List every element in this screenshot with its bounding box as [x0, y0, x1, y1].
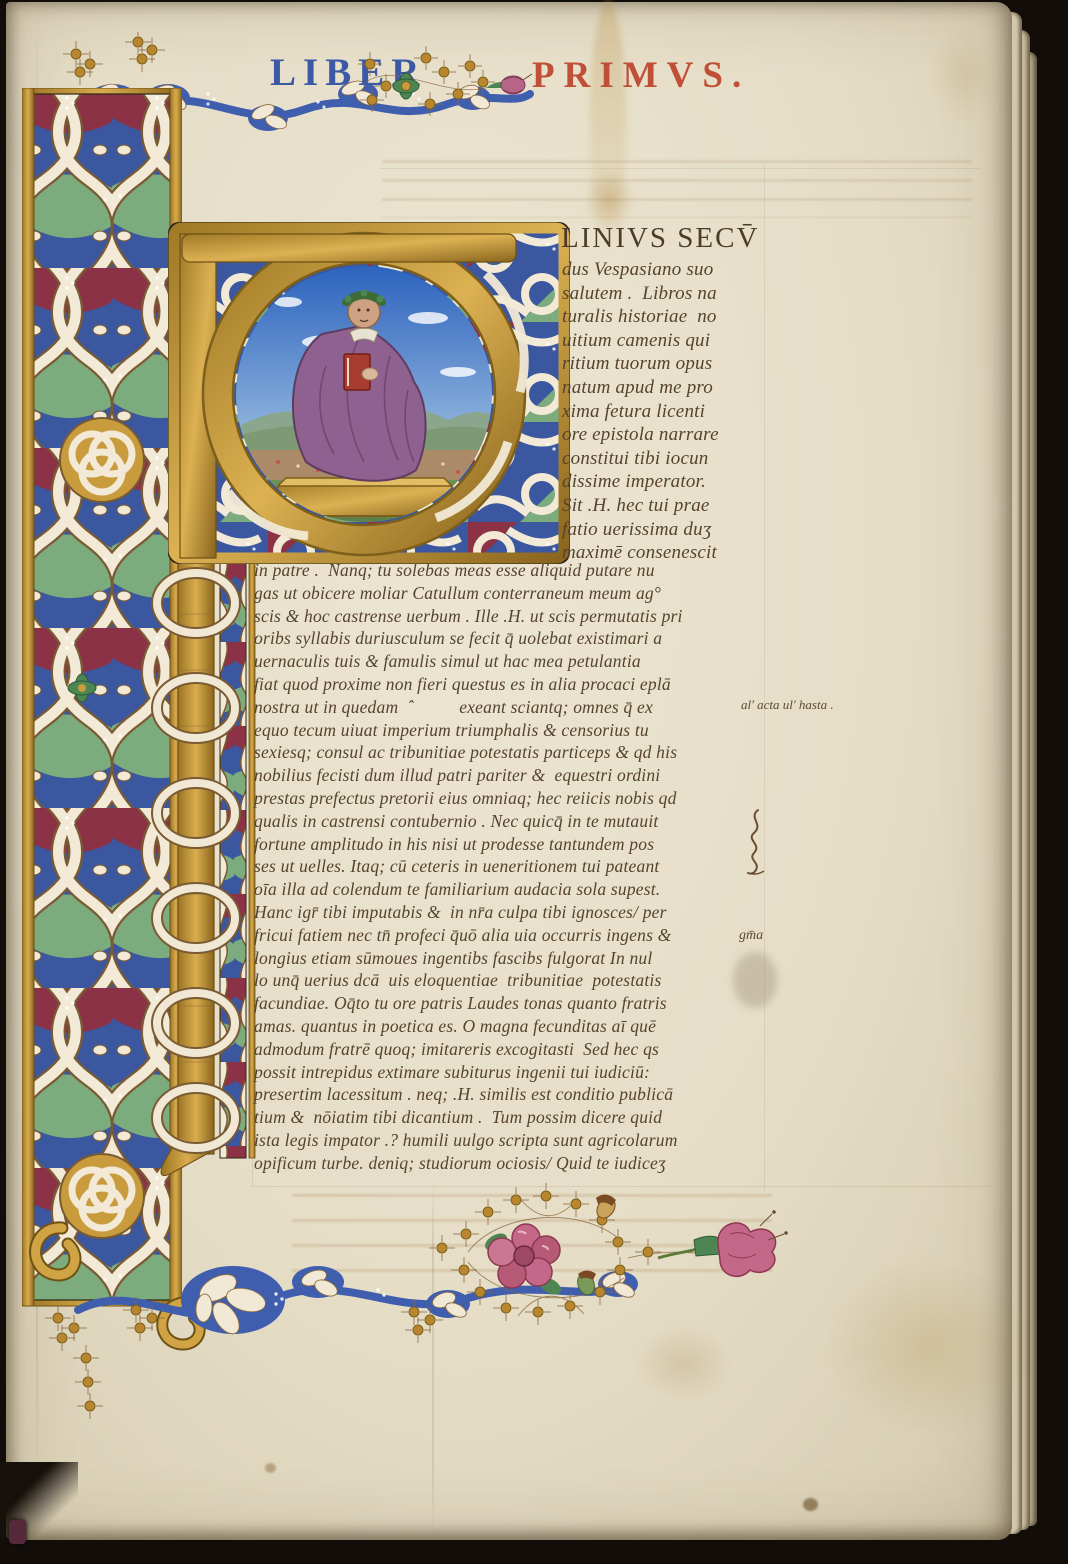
manuscript-text-line: oīa illa ad colendum te familiarium auda… — [254, 878, 774, 901]
manuscript-text-line: tium & nōiatim tibi dicantium . Tum poss… — [254, 1106, 774, 1129]
manuscript-text-line: Hanc igr̄ tibi imputabis & in nr̄a culpa… — [254, 901, 774, 924]
manuscript-text-line: presertim lacessitum . neq; .H. similis … — [254, 1083, 774, 1106]
manuscript-text-line: uitium camenis qui — [562, 329, 767, 353]
stain — [828, 1262, 1028, 1432]
manuscript-text-line: qualis in castrensi contubernio . Nec qu… — [254, 810, 774, 833]
incipit-column-text: dus Vespasiano suosalutem . Libros natur… — [562, 258, 767, 565]
gold-curl-terminals — [36, 1228, 200, 1345]
manuscript-text-line: admodum fratrē quoq; imitareris excogita… — [254, 1038, 774, 1061]
ink-spot — [803, 1498, 818, 1511]
historiated-initial-p — [168, 222, 570, 564]
manuscript-text-line: uernaculis tuis & famulis simul ut hac m… — [254, 650, 774, 673]
text-show-through — [382, 160, 972, 218]
stain — [930, 28, 1000, 123]
carnation-flower — [658, 1210, 788, 1276]
manuscript-text-line: facundiae. Oq̄to tu ore patris Laudes to… — [254, 992, 774, 1015]
manuscript-text-line: ista legis impator .? humili uulgo scrip… — [254, 1129, 774, 1152]
manuscript-text-line: scis & hoc castrense uerbum . Ille .H. u… — [254, 605, 774, 628]
marginal-flourish-mark — [744, 806, 770, 876]
book-title-primus: PRIMVS. — [532, 54, 750, 97]
manuscript-text-line: equo tecum uiuat imperium triumphalis & … — [254, 719, 774, 742]
manuscript-text-line: xima fetura licenti — [562, 400, 767, 424]
manuscript-text-line: salutem . Libros na — [562, 282, 767, 306]
manuscript-text-line: sexiesq; consul ac tribunitiae potestati… — [254, 741, 774, 764]
manuscript-text-line: fatio uerissima duʒ — [562, 518, 767, 542]
knot-medallion — [60, 418, 144, 502]
manuscript-text-line: ritium tuorum opus — [562, 352, 767, 376]
manuscript-text-line: amas. quantus in poetica es. O magna fec… — [254, 1015, 774, 1038]
manuscript-text-line: dus Vespasiano suo — [562, 258, 767, 282]
manuscript-text-line: nobilius fecisti dum illud patri pariter… — [254, 764, 774, 787]
green-quatrefoil-flower — [393, 73, 419, 99]
manuscript-text-line: ses ut uelles. Itaq; cū ceteris in uener… — [254, 855, 774, 878]
marginal-gloss-acta-hasta: al' acta ul' hasta . — [741, 697, 834, 713]
manuscript-text-line: prestas prefectus pretorii eius omniaq; … — [254, 787, 774, 810]
manuscript-text-line: turalis historiae no — [562, 305, 767, 329]
manuscript-text-line: dissime imperator. — [562, 470, 767, 494]
manuscript-text-line: constitui tibi iocun — [562, 447, 767, 471]
pink-flower — [486, 74, 532, 94]
manuscript-text-line: longius etiam sūmoues ingentibs fascibs … — [254, 947, 774, 970]
manuscript-text-line: fiat quod proxime non fieri questus es i… — [254, 673, 774, 696]
ink-spot — [265, 1463, 276, 1473]
manuscript-text-line: oribs syllabis duriusculum se fecit q̄ u… — [254, 627, 774, 650]
incipit-opening-capitals: LINIVS SECV̄ — [561, 222, 759, 255]
manuscript-text-line: lo unq̄ uerius dcā uis eloquentiae tribu… — [254, 969, 774, 992]
marginal-smudge — [733, 952, 777, 1008]
incipit-body-text: in patre . Nanq; tu solebas meas esse al… — [254, 559, 774, 1175]
binding-tailband — [9, 1520, 26, 1544]
manuscript-text-line: nostra ut in quedam ˆ exeant sciantq; om… — [254, 696, 774, 719]
manuscript-text-line: fricui fatiem nec tn̄ profeci q̄uō alia … — [254, 924, 774, 947]
page-corner-shadow — [0, 1462, 78, 1564]
manuscript-text-line: fortune amplitudo in his nisi ut prodess… — [254, 833, 774, 856]
manuscript-text-line: natum apud me pro — [562, 376, 767, 400]
manuscript-text-line: opificum turbe. deniq; studiorum ociosis… — [254, 1152, 774, 1175]
manuscript-photo: LIBER PRIMVS. — [0, 0, 1068, 1564]
marginal-gloss-gma: gm̄a — [739, 928, 763, 944]
manuscript-text-line: gas ut obicere moliar Catullum conterran… — [254, 582, 774, 605]
manuscript-text-line: ore epistola narrare — [562, 423, 767, 447]
manuscript-text-line: Sit .H. hec tui prae — [562, 494, 767, 518]
bottom-border-flourish — [18, 1182, 808, 1432]
manuscript-text-line: possit intrepidus extimare subiturus ing… — [254, 1061, 774, 1084]
acorn — [593, 1194, 619, 1221]
initial-p-descender — [150, 558, 262, 1182]
header-gold-dot-spray — [358, 42, 538, 120]
manuscript-text-line: in patre . Nanq; tu solebas meas esse al… — [254, 559, 774, 582]
